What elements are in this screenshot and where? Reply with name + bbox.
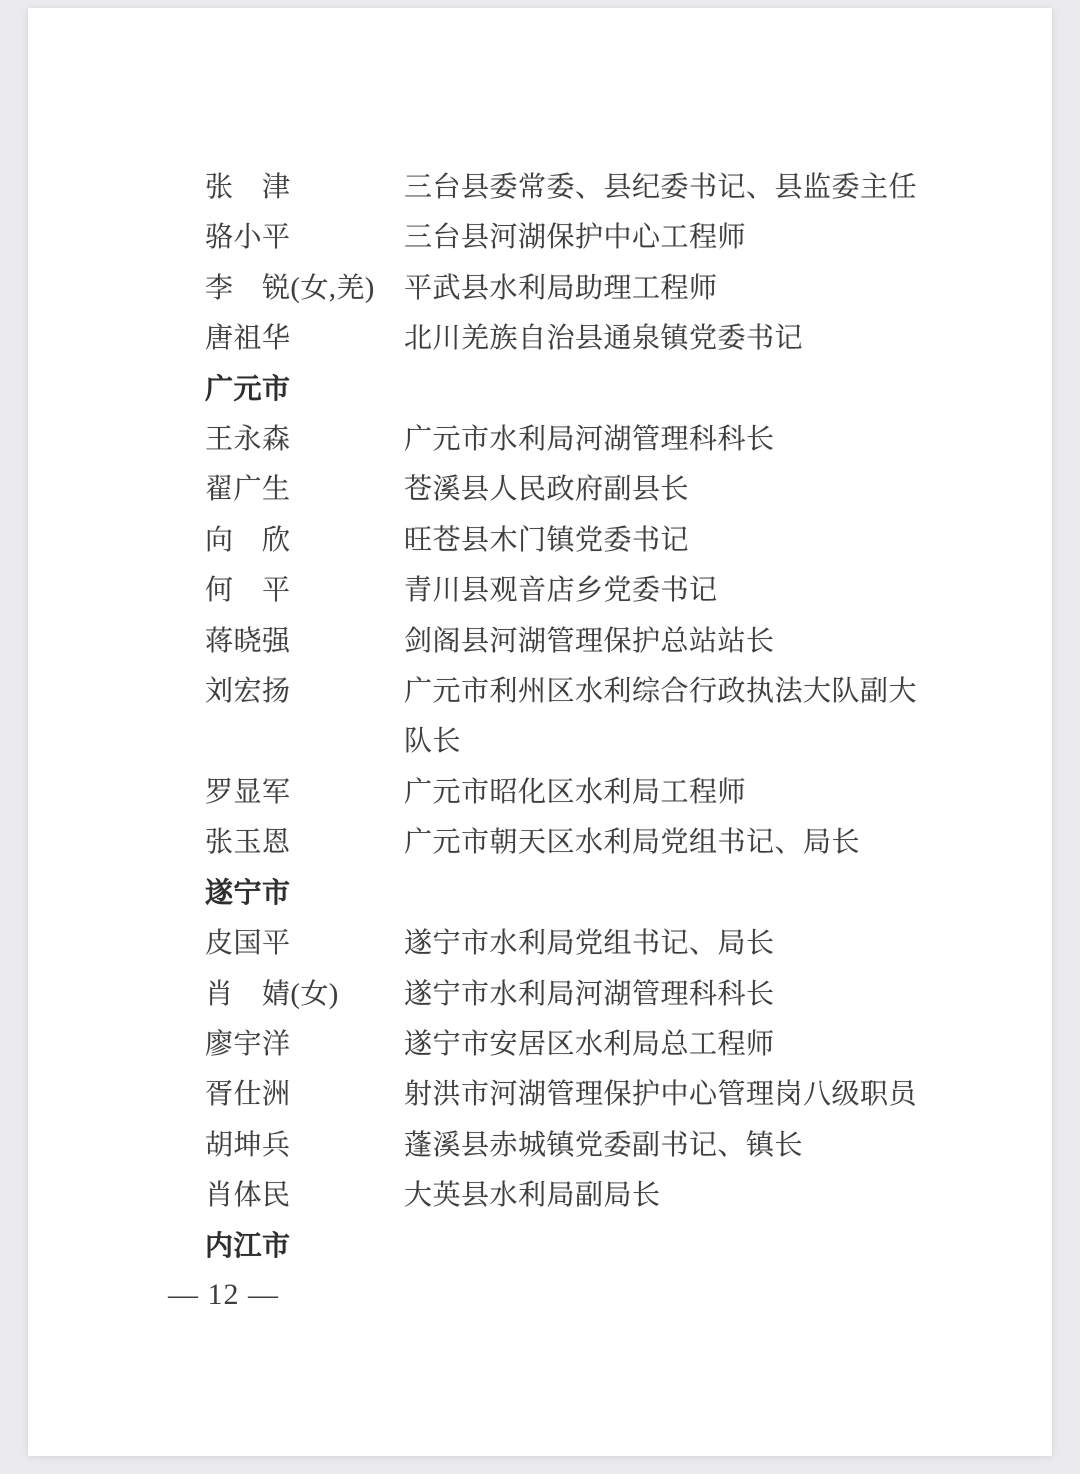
section-header-row: 内江市 [205,1222,965,1272]
entry-name: 翟广生 [205,465,404,515]
entry-title: 遂宁市水利局党组书记、局长 [404,919,775,969]
entry-name: 唐祖华 [205,314,404,364]
entry-row: 王永森 广元市水利局河湖管理科科长 [205,415,965,465]
entry-name: 骆小平 [205,213,404,263]
entry-name: 廖宇洋 [205,1020,404,1070]
entry-title: 蓬溪县赤城镇党委副书记、镇长 [404,1121,803,1171]
entry-name: 肖体民 [205,1171,404,1221]
entry-row: 向 欣 旺苍县木门镇党委书记 [205,516,965,566]
entry-name: 王永森 [205,415,404,465]
entry-list: 张 津 三台县委常委、县纪委书记、县监委主任 骆小平 三台县河湖保护中心工程师 … [205,163,965,1272]
entry-name: 肖 婧(女) [205,970,404,1020]
entry-row: 刘宏扬 广元市利州区水利综合行政执法大队副大队长 [205,667,965,768]
entry-row: 蒋晓强 剑阁县河湖管理保护总站站长 [205,617,965,667]
entry-name: 向 欣 [205,516,404,566]
entry-row: 胡坤兵 蓬溪县赤城镇党委副书记、镇长 [205,1121,965,1171]
entry-name: 刘宏扬 [205,667,404,717]
entry-row: 张玉恩 广元市朝天区水利局党组书记、局长 [205,818,965,868]
entry-title: 北川羌族自治县通泉镇党委书记 [404,314,803,364]
entry-title: 遂宁市水利局河湖管理科科长 [404,970,775,1020]
entry-row: 廖宇洋 遂宁市安居区水利局总工程师 [205,1020,965,1070]
section-header-label: 内江市 [205,1222,291,1272]
viewer-canvas: 张 津 三台县委常委、县纪委书记、县监委主任 骆小平 三台县河湖保护中心工程师 … [0,0,1080,1474]
entry-name: 张玉恩 [205,818,404,868]
entry-row: 皮国平 遂宁市水利局党组书记、局长 [205,919,965,969]
entry-row: 翟广生 苍溪县人民政府副县长 [205,465,965,515]
entry-row: 何 平 青川县观音店乡党委书记 [205,566,965,616]
document-page: 张 津 三台县委常委、县纪委书记、县监委主任 骆小平 三台县河湖保护中心工程师 … [28,8,1052,1456]
entry-title: 三台县河湖保护中心工程师 [404,213,746,263]
entry-row: 骆小平 三台县河湖保护中心工程师 [205,213,965,263]
entry-title: 平武县水利局助理工程师 [404,264,718,314]
entry-name: 何 平 [205,566,404,616]
page-number: — 12 — [168,1270,279,1320]
entry-title: 广元市水利局河湖管理科科长 [404,415,775,465]
entry-title: 射洪市河湖管理保护中心管理岗八级职员 [404,1070,917,1120]
entry-row: 唐祖华 北川羌族自治县通泉镇党委书记 [205,314,965,364]
entry-name: 胥仕洲 [205,1070,404,1120]
entry-row: 李 锐(女,羌) 平武县水利局助理工程师 [205,264,965,314]
entry-title: 三台县委常委、县纪委书记、县监委主任 [404,163,917,213]
entry-title: 广元市朝天区水利局党组书记、局长 [404,818,860,868]
section-header-row: 广元市 [205,365,965,415]
entry-title: 苍溪县人民政府副县长 [404,465,689,515]
entry-name: 罗显军 [205,768,404,818]
entry-row: 胥仕洲 射洪市河湖管理保护中心管理岗八级职员 [205,1070,965,1120]
entry-row: 罗显军 广元市昭化区水利局工程师 [205,768,965,818]
entry-title: 广元市昭化区水利局工程师 [404,768,746,818]
entry-row: 肖体民 大英县水利局副局长 [205,1171,965,1221]
entry-row: 张 津 三台县委常委、县纪委书记、县监委主任 [205,163,965,213]
entry-row: 肖 婧(女) 遂宁市水利局河湖管理科科长 [205,970,965,1020]
entry-name: 李 锐(女,羌) [205,264,404,314]
entry-name: 皮国平 [205,919,404,969]
entry-title: 大英县水利局副局长 [404,1171,661,1221]
entry-title: 广元市利州区水利综合行政执法大队副大队长 [404,667,928,768]
section-header-label: 遂宁市 [205,869,291,919]
entry-title: 剑阁县河湖管理保护总站站长 [404,617,775,667]
entry-name: 胡坤兵 [205,1121,404,1171]
entry-name: 张 津 [205,163,404,213]
section-header-row: 遂宁市 [205,869,965,919]
section-header-label: 广元市 [205,365,291,415]
entry-name: 蒋晓强 [205,617,404,667]
entry-title: 遂宁市安居区水利局总工程师 [404,1020,775,1070]
entry-title: 旺苍县木门镇党委书记 [404,516,689,566]
entry-title: 青川县观音店乡党委书记 [404,566,718,616]
